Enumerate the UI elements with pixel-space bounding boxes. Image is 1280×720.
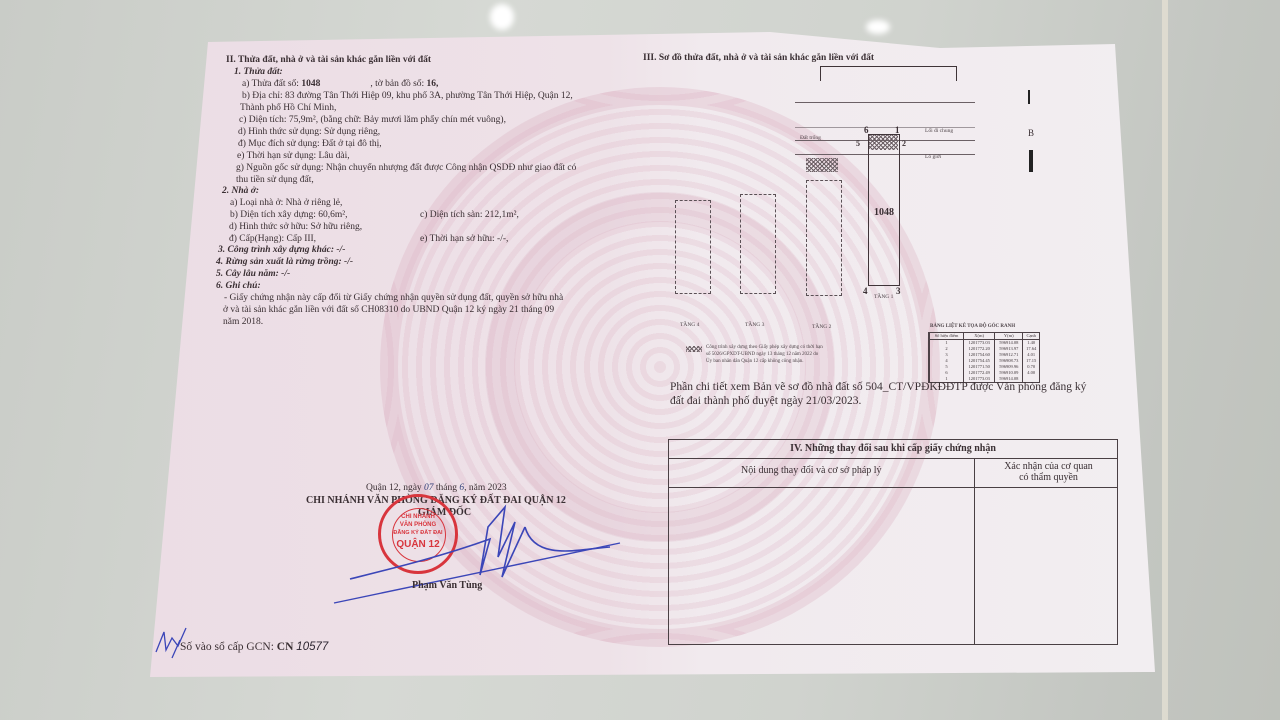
house-build-area: b) Diện tích xây dựng: 60,6m², — [230, 209, 348, 221]
floor-plan-3 — [740, 194, 776, 294]
land-heading: 1. Thửa đất: — [234, 66, 283, 78]
changes-table-divider — [974, 459, 975, 644]
section3-title: III. Sơ đồ thửa đất, nhà ở và tài sản kh… — [643, 52, 874, 64]
corner-4: 4 — [863, 285, 868, 297]
parcel-label: a) Thửa đất số: — [242, 79, 299, 89]
column-header-changes: Nội dung thay đổi và cơ sở pháp lý — [741, 465, 882, 477]
notes-line-2: ở và tài sản khác gắn liền với đất số CH… — [223, 304, 554, 316]
coord-table-grid: Số hiệu điểmX(m)Y(m)Cạnh11201773.0359691… — [929, 333, 1039, 382]
hatched-structure — [806, 158, 838, 172]
corner-2: 2 — [902, 138, 906, 150]
parcel-number: 1048 — [301, 79, 320, 89]
corner-5: 5 — [856, 138, 860, 150]
floor-label-4: TẦNG 4 — [680, 322, 699, 328]
label-vacant-land: Đất trống — [800, 135, 821, 141]
house-heading: 2. Nhà ở: — [222, 185, 259, 197]
parcel-label: 1048 — [874, 207, 894, 219]
floor-label-1: TẦNG 1 — [874, 294, 893, 300]
map-sheet-label: , tờ bản đồ số: — [370, 79, 424, 89]
north-arrow-icon — [1028, 90, 1030, 104]
site-plan-neighbor-strip — [820, 66, 957, 81]
column-header-confirmation-2: có thẩm quyền — [981, 472, 1116, 484]
north-arrow-tail-icon — [1029, 150, 1033, 172]
corner-3: 3 — [896, 285, 901, 297]
wall-seam — [1162, 0, 1168, 720]
notes-heading: 6. Ghi chú: — [216, 280, 261, 292]
legend-text: Ủy ban nhân dân Quận 12 cấp không công n… — [706, 359, 803, 364]
section4-title: IV. Những thay đổi sau khi cấp giấy chứn… — [669, 443, 1117, 455]
north-label: B — [1028, 127, 1034, 139]
other-constructions: 3. Công trình xây dựng khác: -/- — [218, 244, 345, 256]
house-ownership-term: e) Thời hạn sở hữu: -/-, — [420, 233, 508, 245]
floor-plan-4 — [675, 200, 711, 294]
land-area: c) Diện tích: 75,9m², (bằng chữ: Bảy mươ… — [239, 114, 506, 126]
floor-label-2: TẦNG 2 — [812, 324, 831, 330]
road-line — [795, 102, 975, 103]
notes-line-3: năm 2018. — [223, 316, 263, 328]
changes-table-title-row: IV. Những thay đổi sau khi cấp giấy chứn… — [669, 440, 1117, 459]
perennial-trees: 5. Cây lâu năm: -/- — [216, 268, 290, 280]
parcel-number-line: a) Thửa đất số: 1048, tờ bản đồ số: 16, — [242, 78, 438, 90]
house-floor-area: c) Diện tích sàn: 212,1m², — [420, 209, 519, 221]
usage-origin-1: g) Nguồn gốc sử dụng: Nhận chuyển nhượng… — [236, 162, 576, 174]
notes-line-1: - Giấy chứng nhận này cấp đổi từ Giấy ch… — [224, 292, 563, 304]
address-line-2: Thành phố Hồ Chí Minh, — [240, 102, 336, 114]
map-sheet-number: 16, — [427, 79, 439, 89]
legend-hatch-icon — [686, 346, 702, 352]
house-ownership: d) Hình thức sở hữu: Sở hữu riêng, — [229, 221, 362, 233]
usage-form: d) Hình thức sử dụng: Sử dụng riêng, — [238, 126, 380, 138]
legend-text: số 5026/GPXDT-UBND ngày 13 tháng 12 năm … — [706, 352, 818, 357]
registry-number: Số vào sổ cấp GCN: CN 10577 — [180, 640, 328, 654]
registry-label: Số vào sổ cấp GCN: — [180, 641, 274, 653]
floor-label-3: TẦNG 3 — [745, 322, 764, 328]
house-type: a) Loại nhà ở: Nhà ở riêng lẻ, — [230, 197, 342, 209]
detail-note-1: Phần chi tiết xem Bản vẽ sơ đồ nhà đất s… — [670, 380, 1086, 394]
corner-6: 6 — [864, 124, 869, 136]
floor-plan-2 — [806, 180, 842, 296]
signer-name: Phạm Văn Tùng — [412, 580, 482, 592]
planted-forest: 4. Rừng sản xuất là rừng trồng: -/- — [216, 256, 353, 268]
registry-prefix: CN — [277, 641, 294, 653]
light-glare — [866, 20, 890, 34]
registry-value: 10577 — [296, 641, 328, 653]
coord-table: Số hiệu điểmX(m)Y(m)Cạnh11201773.0359691… — [928, 332, 1040, 383]
corner-1: 1 — [895, 124, 900, 136]
address-line-1: b) Địa chỉ: 83 đường Tân Thới Hiệp 09, k… — [242, 90, 573, 102]
section2-title: II. Thửa đất, nhà ở và tài sản khác gắn … — [226, 54, 431, 66]
label-setback: Lô giới — [925, 154, 941, 160]
light-glare — [490, 4, 514, 30]
certificate-page: II. Thửa đất, nhà ở và tài sản khác gắn … — [150, 32, 1158, 682]
usage-purpose: đ) Mục đích sử dụng: Đất ở tại đô thị, — [238, 138, 382, 150]
legend-text: Công trình xây dựng theo Giấy phép xây d… — [706, 345, 823, 350]
label-shared-path: Lối đi chung — [925, 128, 953, 134]
detail-note-2: đất đai thành phố duyệt ngày 21/03/2023. — [670, 394, 861, 408]
changes-table-header-row: Nội dung thay đổi và cơ sở pháp lý Xác n… — [669, 459, 1117, 488]
usage-term: e) Thời hạn sử dụng: Lâu dài, — [237, 150, 350, 162]
coord-table-title: BẢNG LIỆT KÊ TỌA ĐỘ GÓC RANH — [930, 324, 1015, 329]
changes-table: IV. Những thay đổi sau khi cấp giấy chứn… — [668, 439, 1118, 645]
